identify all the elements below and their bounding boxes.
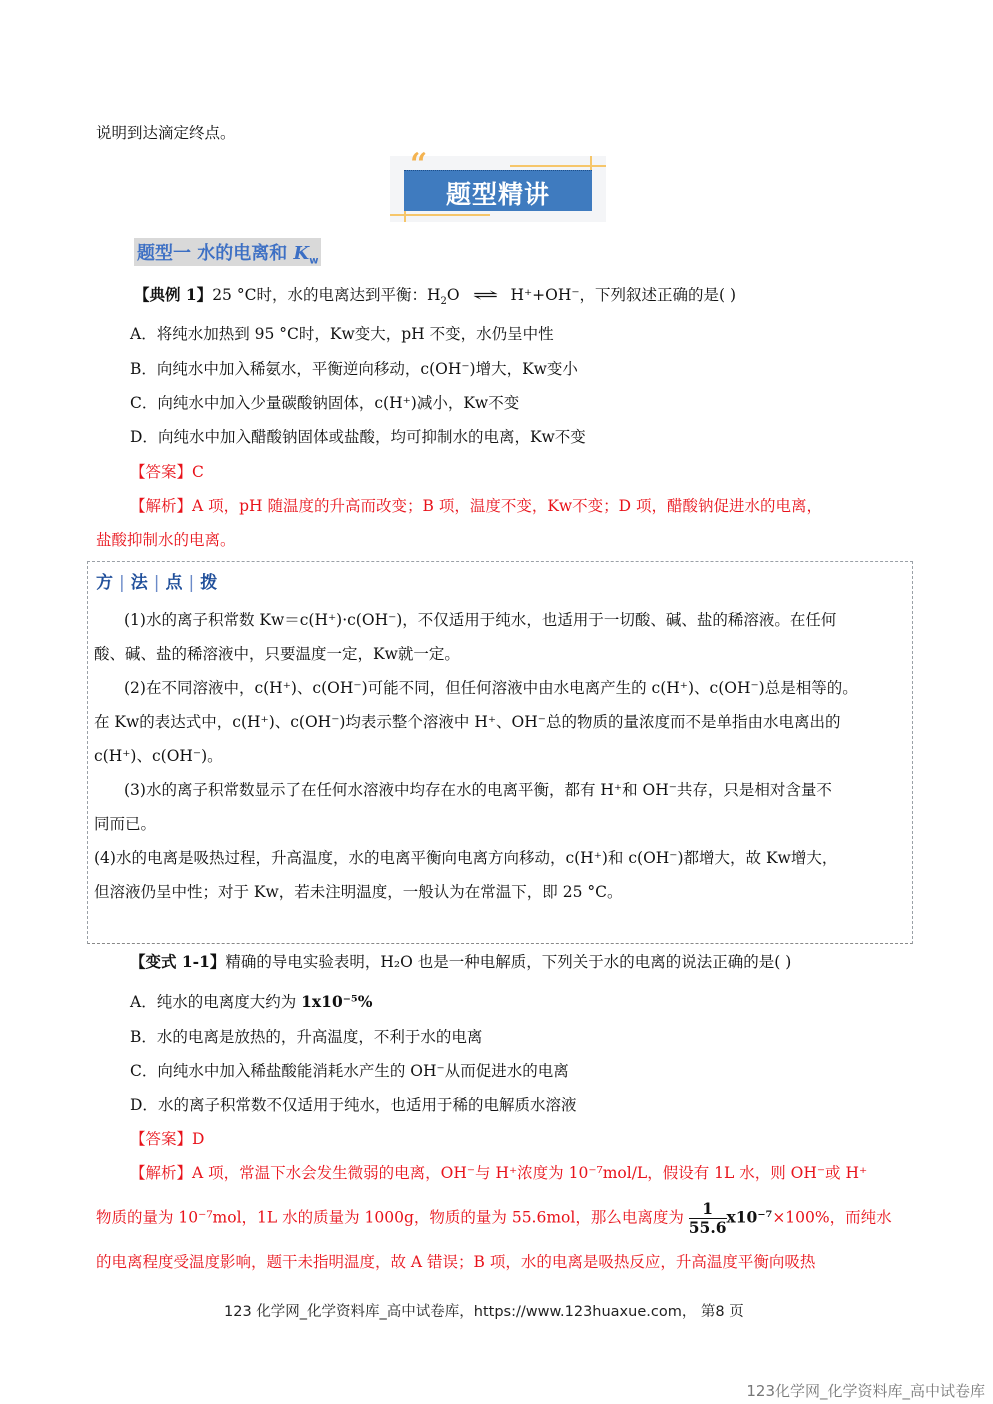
quote-icon: “	[410, 150, 427, 180]
section-title: 题型一 水的电离和 Kw	[134, 238, 321, 266]
fraction: 155.6	[689, 1200, 727, 1237]
option-a: A．将纯水加热到 95 °C时，Kw变大，pH 不变，水仍呈中性	[130, 322, 554, 344]
example-1-stem: 【典例 1】25 °C时，水的电离达到平衡：H2O ⇌ H⁺+OH⁻，下列叙述正…	[134, 283, 736, 305]
tip-3-line2: 同而已。	[94, 812, 156, 834]
analysis-2-line3: 的电离程度受温度影响，题干未指明温度，故 A 错误；B 项，水的电离是吸热反应，…	[96, 1250, 815, 1272]
method-tips-title: 方|法|点|拨	[96, 568, 217, 593]
tip-2-line3: c(H⁺)、c(OH⁻)。	[94, 744, 223, 766]
analysis-1-line1: 【解析】A 项，pH 随温度的升高而改变；B 项，温度不变，Kw不变；D 项，醋…	[130, 494, 822, 516]
analysis-1-line2: 盐酸抑制水的电离。	[96, 528, 236, 550]
variant-option-d: D．水的离子积常数不仅适用于纯水，也适用于稀的电解质水溶液	[130, 1093, 576, 1115]
tip-2-line1: (2)在不同溶液中，c(H⁺)、c(OH⁻)可能不同，但任何溶液中由水电离产生的…	[124, 676, 858, 698]
tip-1-line1: (1)水的离子积常数 Kw＝c(H⁺)·c(OH⁻)，不仅适用于纯水，也适用于一…	[124, 608, 836, 630]
continuation-text: 说明到达滴定终点。	[96, 121, 236, 143]
tip-4-line1: (4)水的电离是吸热过程，升高温度，水的电离平衡向电离方向移动，c(H⁺)和 c…	[94, 846, 837, 868]
tip-2-line2: 在 Kw的表达式中，c(H⁺)、c(OH⁻)均表示整个溶液中 H⁺、OH⁻总的物…	[94, 710, 840, 732]
tip-1-line2: 酸、碱、盐的稀溶液中，只要温度一定，Kw就一定。	[94, 642, 460, 664]
analysis-2-line2: 物质的量为 10⁻⁷mol，1L 水的质量为 1000g，物质的量为 55.6m…	[96, 1200, 892, 1237]
page-footer: 123 化学网_化学资料库_高中试卷库，https://www.123huaxu…	[224, 1300, 744, 1321]
answer-2: 【答案】D	[130, 1127, 204, 1149]
variant-option-a: A．纯水的电离度大约为 1x10⁻⁵%	[130, 990, 372, 1012]
equilibrium-arrow-icon: ⇌	[472, 286, 498, 304]
watermark: 123化学网_化学资料库_高中试卷库	[746, 1380, 985, 1401]
option-d: D．向纯水中加入醋酸钠固体或盐酸，均可抑制水的电离，Kw不变	[130, 425, 586, 447]
tip-3-line1: (3)水的离子积常数显示了在任何水溶液中均存在水的电离平衡，都有 H⁺和 OH⁻…	[124, 778, 832, 800]
variant-option-b: B．水的电离是放热的，升高温度，不利于水的电离	[130, 1025, 482, 1047]
variant-1-1-stem: 【变式 1-1】精确的导电实验表明，H₂O 也是一种电解质，下列关于水的电离的说…	[130, 950, 791, 972]
section-banner: 题型精讲 “	[390, 156, 606, 222]
option-c: C．向纯水中加入少量碳酸钠固体，c(H⁺)减小，Kw不变	[130, 391, 519, 413]
answer-1: 【答案】C	[130, 460, 204, 482]
tip-4-line2: 但溶液仍呈中性；对于 Kw，若未注明温度，一般认为在常温下，即 25 °C。	[94, 880, 622, 902]
variant-option-c: C．向纯水中加入稀盐酸能消耗水产生的 OH⁻从而促进水的电离	[130, 1059, 569, 1081]
analysis-2-line1: 【解析】A 项，常温下水会发生微弱的电离，OH⁻与 H⁺浓度为 10⁻⁷mol/…	[130, 1161, 867, 1183]
option-b: B．向纯水中加入稀氨水，平衡逆向移动，c(OH⁻)增大，Kw变小	[130, 357, 578, 379]
banner-title: 题型精讲	[404, 175, 592, 211]
